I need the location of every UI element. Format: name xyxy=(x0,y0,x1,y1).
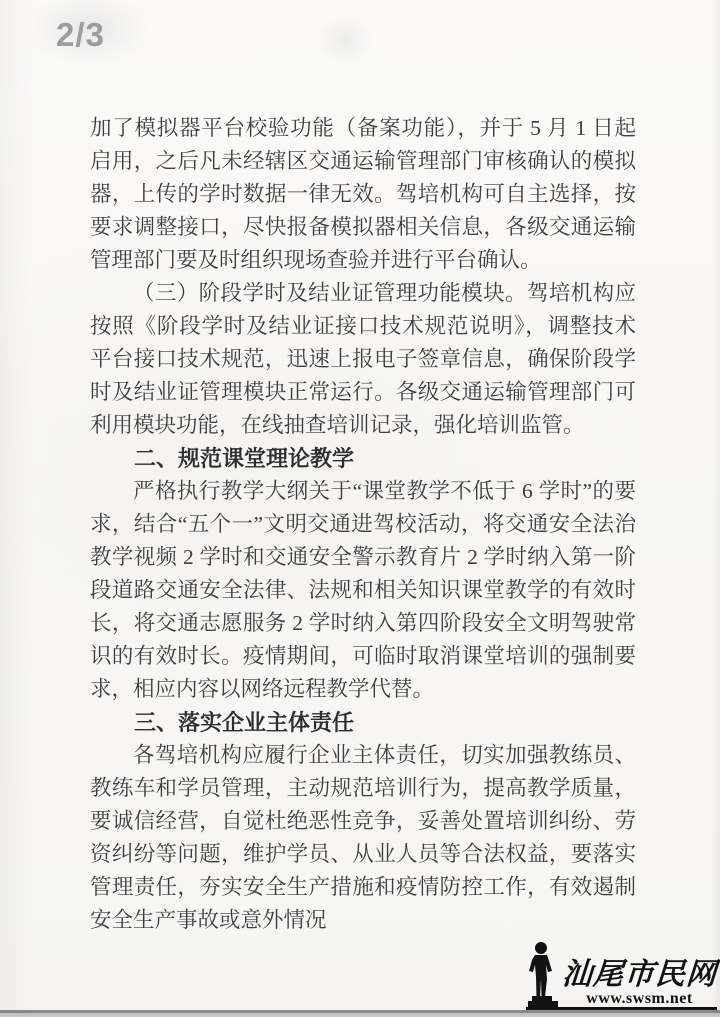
image-viewer-screen: 2/3 加了模拟器平台校验功能（备案功能），并于 5 月 1 日起启用，之后凡未… xyxy=(0,0,720,1017)
document-paragraph: （三）阶段学时及结业证管理功能模块。驾培机构应按照《阶段学时及结业证接口技术规范… xyxy=(90,277,636,442)
document-section-heading: 二、规范课堂理论教学 xyxy=(90,442,636,475)
document-section-heading: 三、落实企业主体责任 xyxy=(90,706,636,739)
watermark-text: 汕尾市民网 www.swsm.net xyxy=(562,960,717,1007)
page-indicator: 2/3 xyxy=(56,16,105,54)
standing-person-icon xyxy=(526,941,560,1007)
watermark-site-url: www.swsm.net xyxy=(586,991,692,1007)
site-watermark: 汕尾市民网 www.swsm.net xyxy=(526,941,717,1011)
document-page-photo: 加了模拟器平台校验功能（备案功能），并于 5 月 1 日起启用，之后凡未经辖区交… xyxy=(90,112,636,937)
document-paragraph: 加了模拟器平台校验功能（备案功能），并于 5 月 1 日起启用，之后凡未经辖区交… xyxy=(90,112,636,277)
watermark-site-name: 汕尾市民网 xyxy=(561,960,718,990)
document-paragraph: 各驾培机构应履行企业主体责任，切实加强教练员、教练车和学员管理，主动规范培训行为… xyxy=(90,739,636,937)
photo-bottom-edge xyxy=(0,1010,720,1017)
document-paragraph: 严格执行教学大纲关于“课堂教学不低于 6 学时”的要求，结合“五个一”文明交通进… xyxy=(90,475,636,706)
